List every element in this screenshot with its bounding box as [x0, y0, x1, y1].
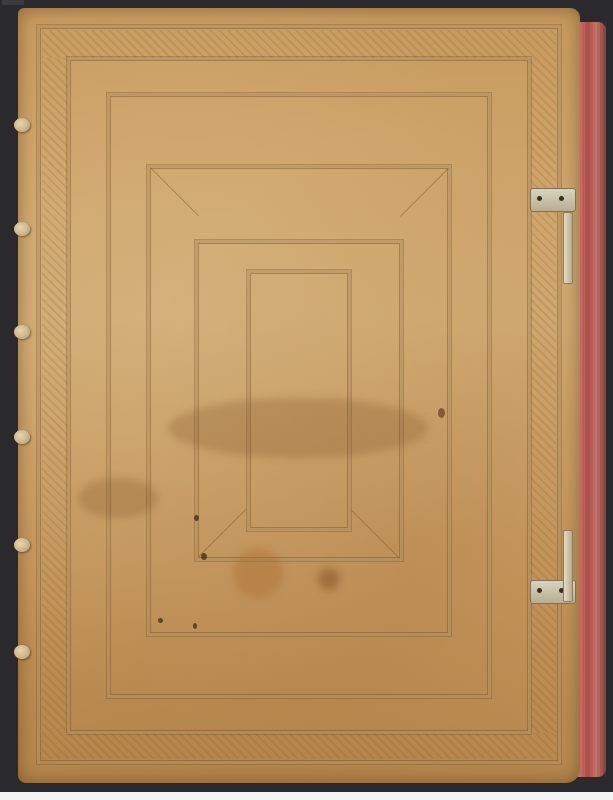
- book-cover: [18, 8, 580, 783]
- spine-band: [14, 538, 30, 552]
- spot: [158, 618, 163, 623]
- spine-band: [14, 118, 30, 132]
- stain: [168, 398, 428, 458]
- spine-band: [14, 325, 30, 339]
- spine-band: [14, 430, 30, 444]
- scan-label: [2, 0, 24, 5]
- spot: [201, 553, 207, 560]
- spine-band: [14, 222, 30, 236]
- spot: [193, 623, 197, 629]
- spot: [194, 515, 199, 521]
- stain: [78, 478, 158, 518]
- clasp-top: [530, 188, 576, 212]
- spine-band: [14, 645, 30, 659]
- clasp-catch-top: [563, 212, 573, 284]
- stain: [318, 568, 340, 590]
- clasp-catch-bottom: [563, 530, 573, 602]
- stain: [233, 548, 283, 598]
- bottom-margin: [0, 792, 613, 800]
- spot: [438, 408, 445, 418]
